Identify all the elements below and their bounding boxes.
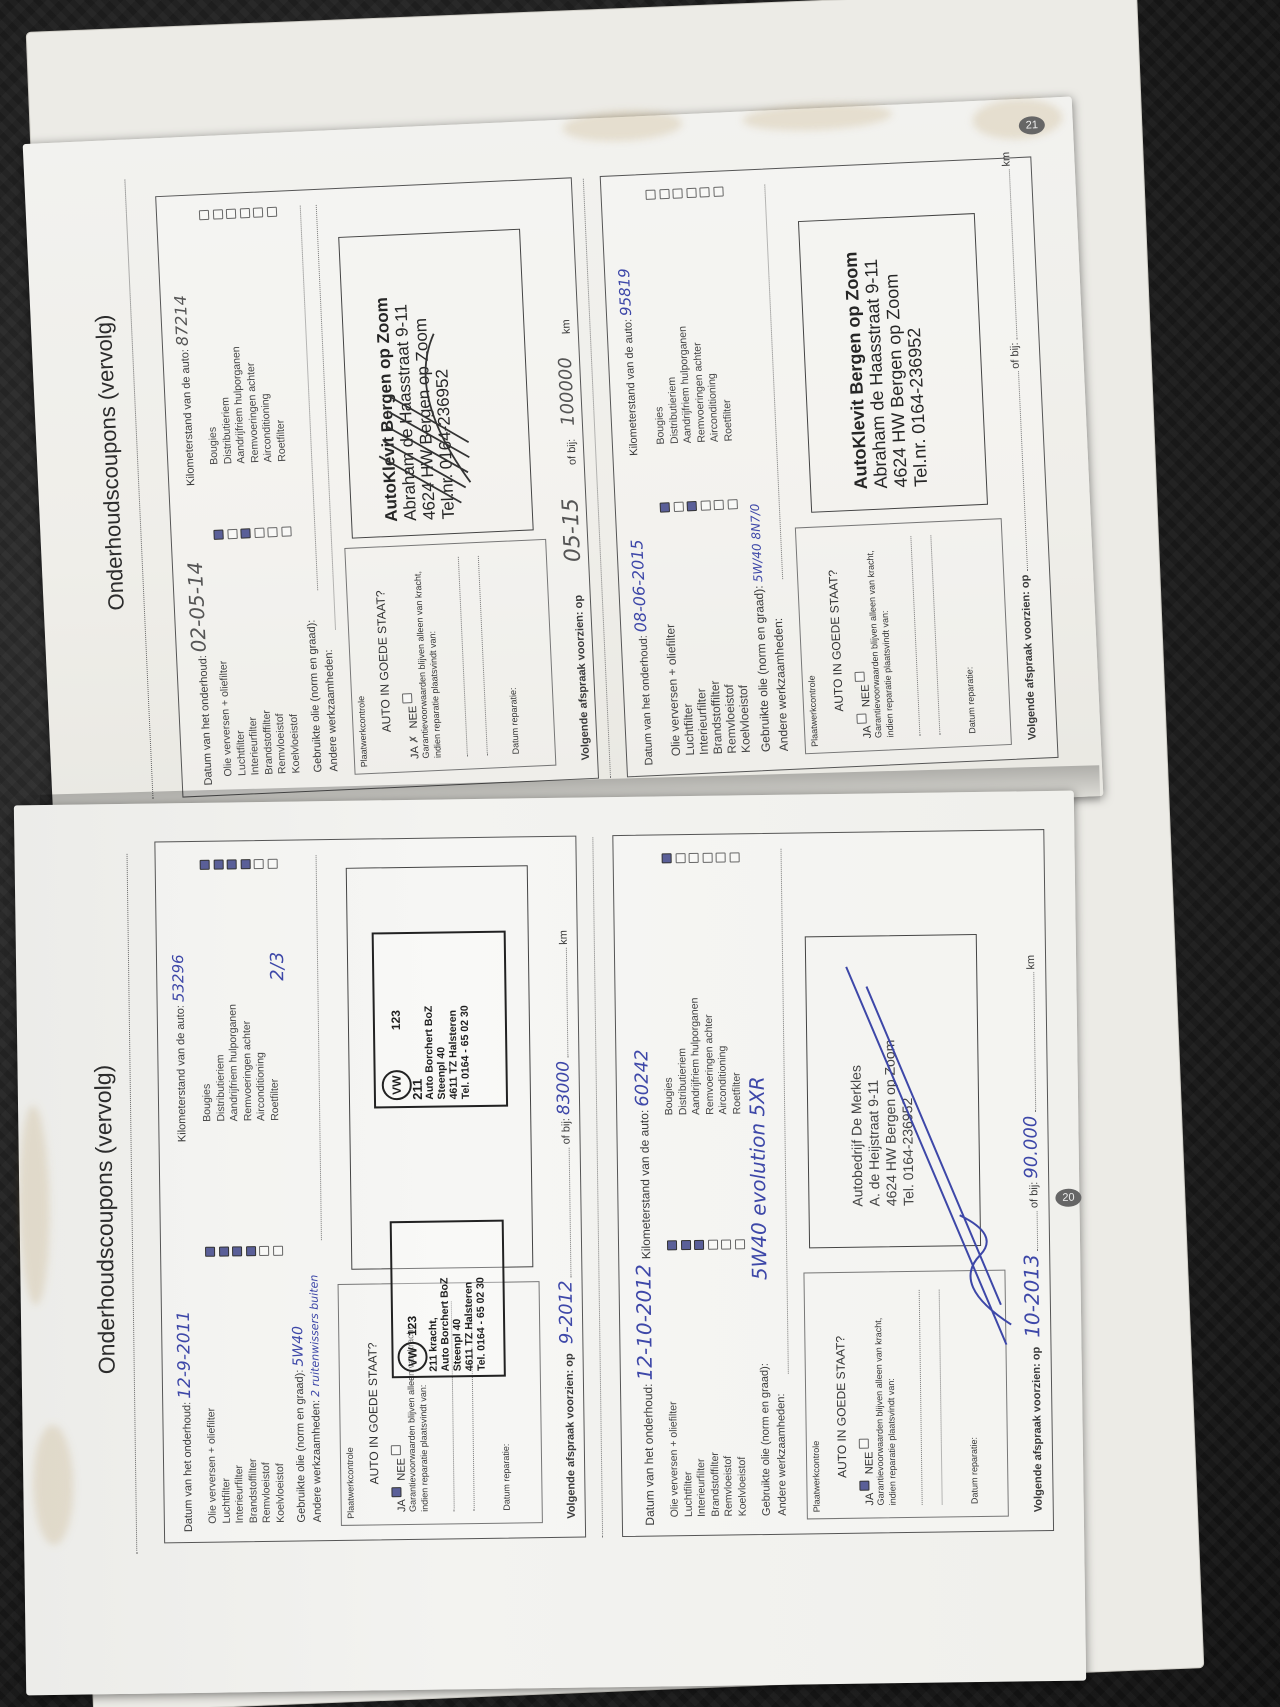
dotted-line [316,205,336,630]
vw-logo-icon: VW [397,1342,427,1372]
oil-value: 5W/40 8N7/0 [748,503,766,582]
other-work-label: Andere werkzaamheden: [323,649,341,772]
other-work-label: Andere werkzaamheden: [771,618,791,752]
checkbox-checked [213,529,223,539]
checkbox-checked [240,859,250,869]
or-at-label: of bij: [1028,1182,1040,1208]
checkbox-checked [213,860,223,870]
coupon: Datum van het onderhoud: 12-10-2012 Kilo… [612,829,1054,1537]
date-label: Datum van het onderhoud: [181,1402,195,1532]
yes-checkbox [859,1480,869,1490]
yes-label: JA [396,1500,408,1512]
coupon: Datum van het onderhoud: 08-06-2015 Kilo… [600,156,1059,777]
good-state-label: AUTO IN GOEDE STAAT? [826,570,846,713]
mileage-label: Kilometerstand van de auto: [622,319,640,456]
stamp-line: Tel. 0164 - 65 02 30 [474,1226,488,1371]
checkbox-empty [227,529,237,539]
signature-scribble [363,312,482,517]
checkbox-checked [232,1246,242,1256]
warranty-note: indien reparatie plaatsvindt van: [418,1385,430,1512]
checkbox-checked [227,859,237,869]
bodywork-section: Plaatwerkcontrole AUTO IN GOEDE STAAT? J… [344,539,556,775]
next-appointment-label: Volgende afspraak voorzien: op [564,1353,578,1519]
or-at-label: of bij: [560,1118,572,1144]
date-value: 12-10-2012 [631,1264,657,1381]
checkbox-empty [254,528,264,538]
bodywork-label: Plaatwerkcontrole [807,675,820,747]
bodywork-label: Plaatwerkcontrole [345,1447,356,1519]
oil-label: Gebruikte olie (norm en graad): [751,585,773,752]
or-at-label: of bij: [1009,342,1022,369]
mileage-label: Kilometerstand van de auto: [179,349,197,486]
dealer-stamp-box: Autobedrijf De Merkles A. de Heijstraat … [805,934,981,1248]
checkbox-empty [699,187,709,197]
bodywork-label: Plaatwerkcontrole [356,696,369,768]
item: Olie verversen + oliefilter [205,1408,220,1524]
items-left: Olie verversen + oliefilter Luchtfilter … [217,657,303,776]
stamp-number: 123 [390,1010,402,1030]
yes-label: JA [864,1493,876,1505]
checkbox-checked [667,1240,677,1250]
items-right: Bougies Distributieriem Aandrijfriem hul… [662,997,745,1115]
no-checkbox [391,1445,401,1455]
item: Aandrijfriem hulporganen [689,998,704,1116]
dealer-stamp-box: VW 123 211 kracht, Auto Borchert BoZ Ste… [346,865,534,1270]
page-number: 20 [1055,1189,1081,1207]
no-checkbox [854,671,864,681]
checkbox-checked [205,1247,215,1257]
signature-scribble [826,944,1022,1367]
page-21: Onderhoudscoupons (vervolg) Datum van he… [23,97,1104,844]
mileage-label: Kilometerstand van de auto: [637,1110,653,1260]
dotted-line [910,536,920,736]
no-label: NEE [395,1458,407,1481]
mileage-label: Kilometerstand van de auto: [175,1005,189,1142]
next-km-value: 100000 [555,357,579,427]
km-unit: km [1025,955,1037,970]
page-20: Onderhoudscoupons (vervolg) Datum van he… [14,791,1086,1696]
date-value: 12-9-2011 [174,1311,195,1399]
checkbox-checked [687,501,697,511]
checkbox-checked [200,860,210,870]
coupon: Datum van het onderhoud: 02-05-14 Kilome… [155,177,599,797]
dealer-stamp-1: VW 123 211 kracht, Auto Borchert BoZ Ste… [390,1220,506,1379]
checkbox-empty [713,186,723,196]
checkbox-empty [254,859,264,869]
checkbox-empty [689,853,699,863]
item: Remvoeringen achter [702,997,717,1115]
title-rule [124,180,153,799]
next-appointment-label: Volgende afspraak voorzien: op [573,595,592,761]
checkbox-empty [673,502,683,512]
mileage-value: 53296 [169,954,188,1002]
repair-date-label: Datum reparatie: [969,1437,980,1504]
stamp-line: Tel. 0164 - 65 02 30 [458,939,472,1099]
mileage-value: 87214 [171,295,192,347]
next-km-value: 83000 [553,1061,574,1115]
checkbox-empty [212,209,222,219]
mileage-value: 60242 [631,1049,653,1107]
checkbox-checked [240,528,250,538]
date-value: 02-05-14 [183,561,211,653]
title-rule [127,854,138,1554]
item: Aandrijfriem hulporganen [227,1004,242,1122]
checkboxes-left [658,499,741,513]
item: Roetfilter [729,997,744,1115]
dotted-line [316,855,322,1240]
checkboxes-left [665,1239,748,1250]
vw-logo-icon: VW [382,1070,412,1100]
next-appointment-label: Volgende afspraak voorzien: op [1030,1347,1044,1513]
checkboxes-right [198,859,281,870]
item: Koelvloeistof [735,1400,750,1516]
items-right: Bougies Distributieriem Aandrijfriem hul… [650,324,736,445]
date-label: Datum van het onderhoud: [641,1383,657,1525]
km-unit: km [1000,152,1013,167]
oil-label: Gebruikte olie (norm en graad): [306,619,325,772]
date-value: 08-06-2015 [627,539,650,633]
bodywork-label: Plaatwerkcontrole [811,1441,822,1513]
dotted-line [781,849,789,1374]
oil-value: 5W40 [290,1326,307,1367]
dealer-stamp: AutoKlevit Bergen op Zoom Abraham de Haa… [840,249,931,490]
repair-date-label: Datum reparatie: [508,687,521,754]
next-date-value: 05-15 [558,498,586,563]
checkbox-empty [729,852,739,862]
checkbox-empty [707,1240,717,1250]
bodywork-section: Plaatwerkcontrole AUTO IN GOEDE STAAT? J… [795,518,1012,754]
next-appointment-label: Volgende afspraak voorzien: op [1019,574,1038,740]
page-title: Onderhoudscoupons (vervolg) [89,1065,120,1375]
checkbox-checked [246,1246,256,1256]
yes-checkbox [856,713,866,723]
checkbox-empty [199,210,209,220]
dealer-stamp-box: AutoKlevit Bergen op Zoom Abraham de Haa… [338,229,534,539]
checkbox-empty [716,853,726,863]
dotted-line [458,557,468,757]
item: Remvoeringen achter [240,1004,255,1122]
date-label: Datum van het onderhoud: [638,635,656,766]
or-at-label: of bij: [566,438,579,465]
checkbox-empty [273,1246,283,1256]
yes-checkmark: ✗ [407,734,420,744]
checkbox-empty [686,188,696,198]
checkbox-empty [675,853,685,863]
checkbox-checked [660,502,670,512]
page-21-content: Onderhoudscoupons (vervolg) Datum van he… [23,97,1104,844]
checkbox-empty [721,1239,731,1249]
item: Olie verversen + oliefilter [667,1401,682,1517]
dotted-line [478,556,488,756]
items-left: Olie verversen + oliefilter Luchtfilter … [667,1400,750,1517]
next-date-value: 9-2012 [556,1280,578,1344]
no-checkbox [859,1438,869,1448]
mileage-value: 95819 [615,268,635,316]
dotted-line [930,535,940,735]
dealer-stamp-box: AutoKlevit Bergen op Zoom Abraham de Haa… [798,213,988,513]
checkbox-empty [239,208,249,218]
checkbox-empty [700,500,710,510]
checkbox-empty [266,207,276,217]
km-unit: km [560,319,573,334]
page-20-content: Onderhoudscoupons (vervolg) Datum van he… [14,791,1086,1696]
km-unit: km [558,930,570,945]
dotted-line [764,185,783,580]
yes-checkbox [391,1487,401,1497]
items-left: Olie verversen + oliefilter Luchtfilter … [205,1407,288,1524]
checkbox-checked [694,1240,704,1250]
checkbox-empty [267,527,277,537]
checkboxes-right [660,852,743,863]
checkbox-checked [662,853,672,863]
checkbox-empty [281,526,291,536]
checkbox-empty [727,499,737,509]
checkboxes-right [643,186,726,200]
page-title: Onderhoudscoupons (vervolg) [90,314,129,611]
items-right: Bougies Distributieriem Aandrijfriem hul… [200,1003,283,1121]
date-label: Datum van het onderhoud: [197,655,215,786]
checkbox-empty [672,188,682,198]
coupon-separator [592,837,603,1537]
checkbox-empty [714,500,724,510]
other-work-value: 2 ruitenwissers buiten [307,1275,322,1397]
checkbox-empty [659,189,669,199]
warranty-note: indien reparatie plaatsvindt van: [886,1378,898,1505]
other-work-label: Andere werkzaamheden: [310,1400,324,1522]
next-km-value: 90.000 [1020,1116,1042,1179]
repair-date-label: Datum reparatie: [501,1444,512,1511]
dealer-stamp-2: VW 123 211 Auto Borchert BoZ Steenpl 40 … [372,931,508,1109]
item: Roetfilter [267,1003,282,1121]
oil-label: Gebruikte olie (norm en graad): [294,1370,308,1523]
stamp-number: 123 [406,1316,418,1336]
checkbox-empty [702,853,712,863]
checkbox-empty [226,209,236,219]
items-left: Olie verversen + oliefilter Luchtfilter … [663,620,753,756]
items-right: Bougies Distributieriem Aandrijfriem hul… [203,344,289,465]
checkboxes-right [197,207,280,221]
checkbox-checked [219,1246,229,1256]
good-state-label: AUTO IN GOEDE STAAT? [365,1342,381,1484]
checkbox-empty [267,859,277,869]
other-work-label: Andere werkzaamheden: [775,1393,789,1515]
checkbox-checked [680,1240,690,1250]
checkbox-empty [259,1246,269,1256]
checkboxes-left [203,1246,286,1257]
item: Koelvloeistof [273,1407,288,1523]
page-number: 21 [1018,116,1045,135]
checkbox-empty [253,207,263,217]
oil-value: 5W40 evolution 5XR [745,1076,772,1280]
checkboxes-left [211,526,294,540]
oil-label: Gebruikte olie (norm en graad): [759,1363,773,1516]
no-checkbox [402,693,412,703]
handwritten-note: 2/3 [267,952,288,981]
coupon: Datum van het onderhoud: 12-9-2011 Kilom… [154,836,586,1544]
good-state-label: AUTO IN GOEDE STAAT? [373,590,393,733]
next-date-value: 10-2013 [1019,1254,1044,1338]
no-label: NEE [863,1451,875,1474]
checkbox-empty [734,1239,744,1249]
checkbox-empty [645,190,655,200]
dotted-line [300,206,318,591]
repair-date-label: Datum reparatie: [964,667,977,734]
